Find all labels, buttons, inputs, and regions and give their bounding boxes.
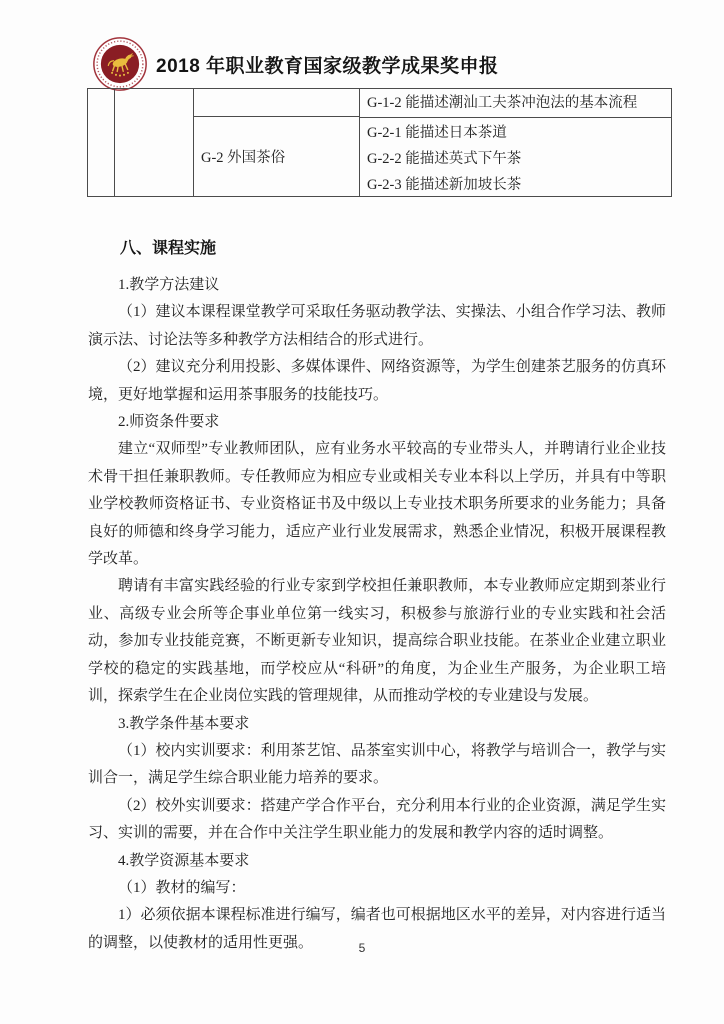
table-col-empty-1 bbox=[88, 89, 114, 196]
table-col-empty-2 bbox=[114, 89, 193, 196]
table-cell-empty bbox=[194, 89, 359, 117]
course-objectives-table: G-2 外国茶俗 G-1-2 能描述潮汕工夫茶冲泡法的基本流程 G-2-1 能描… bbox=[87, 88, 672, 197]
paragraph: （1）建议本课程课堂教学可采取任务驱动教学法、实操法、小组合作学习法、教师演示法… bbox=[88, 299, 666, 354]
page-title: 2018 年职业教育国家级教学成果奖申报 bbox=[156, 51, 499, 78]
paragraph: 聘请有丰富实践经验的行业专家到学校担任兼职教师，本专业教师应定期到茶业行业、高级… bbox=[88, 573, 666, 710]
document-page: 2018 年职业教育国家级教学成果奖申报 G-2 外国茶俗 G-1-2 能描述潮… bbox=[0, 0, 724, 1024]
table-col-topics: G-2 外国茶俗 bbox=[193, 89, 359, 196]
table-cell-objective: G-2-2 能描述英式下午茶 bbox=[360, 144, 671, 170]
paragraph: 3.教学条件基本要求 bbox=[88, 711, 666, 738]
table-cell-g2-label: G-2 外国茶俗 bbox=[194, 117, 359, 196]
paragraph: （1）教材的编写： bbox=[88, 875, 666, 902]
paragraph: （2）校外实训要求：搭建产学合作平台，充分利用本行业的企业资源，满足学生实习、实… bbox=[88, 793, 666, 848]
table-cell-g2-items: G-2-1 能描述日本茶道G-2-2 能描述英式下午茶G-2-3 能描述新加坡长… bbox=[360, 118, 671, 196]
document-body: 八、课程实施 1.教学方法建议（1）建议本课程课堂教学可采取任务驱动教学法、实操… bbox=[88, 235, 666, 957]
table-cell-objective: G-2-3 能描述新加坡长茶 bbox=[360, 170, 671, 196]
table-cell-objective: G-2-1 能描述日本茶道 bbox=[360, 118, 671, 144]
school-seal-logo-icon bbox=[92, 36, 148, 92]
paragraph: （2）建议充分利用投影、多媒体课件、网络资源等，为学生创建茶艺服务的仿真环境，更… bbox=[88, 354, 666, 409]
page-header: 2018 年职业教育国家级教学成果奖申报 bbox=[92, 36, 499, 92]
section-heading: 八、课程实施 bbox=[88, 235, 666, 262]
paragraph: 1.教学方法建议 bbox=[88, 272, 666, 299]
paragraph: （1）校内实训要求：利用茶艺馆、品茶室实训中心，将教学与培训合一，教学与实训合一… bbox=[88, 738, 666, 793]
paragraph: 建立“双师型”专业教师团队，应有业务水平较高的专业带头人，并聘请行业企业技术骨干… bbox=[88, 436, 666, 573]
table-cell-g12-item: G-1-2 能描述潮汕工夫茶冲泡法的基本流程 bbox=[360, 89, 671, 118]
page-number: 5 bbox=[0, 941, 724, 955]
paragraph: 2.师资条件要求 bbox=[88, 409, 666, 436]
paragraph-list: 1.教学方法建议（1）建议本课程课堂教学可采取任务驱动教学法、实操法、小组合作学… bbox=[88, 272, 666, 957]
table-col-objectives: G-1-2 能描述潮汕工夫茶冲泡法的基本流程 G-2-1 能描述日本茶道G-2-… bbox=[359, 89, 671, 196]
paragraph: 4.教学资源基本要求 bbox=[88, 848, 666, 875]
